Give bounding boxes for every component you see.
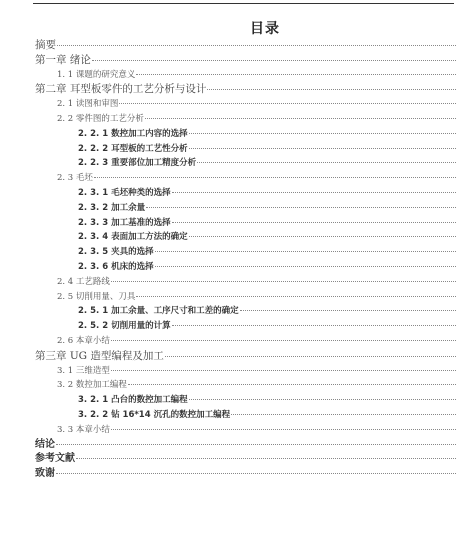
- dot-leader: [145, 117, 456, 119]
- toc-entry-label: 致谢: [35, 467, 55, 482]
- toc-entry-label: 2. 2. 1 数控加工内容的选择: [78, 127, 188, 142]
- dot-leader: [92, 59, 456, 61]
- toc-entry-label: 2. 5. 1 加工余量、工序尺寸和工差的确定: [78, 304, 239, 319]
- dot-leader: [155, 265, 456, 267]
- toc-entry-label: 第一章 绪论: [35, 53, 91, 68]
- toc-entry[interactable]: 2. 2. 3 重要部位加工精度分析: [0, 156, 456, 171]
- top-rule: [33, 3, 454, 4]
- dot-leader: [76, 457, 456, 459]
- dot-leader: [119, 102, 456, 104]
- toc-entry[interactable]: 2. 3. 2 加工余量: [0, 201, 456, 216]
- dot-leader: [240, 309, 456, 311]
- dot-leader: [94, 176, 456, 178]
- dot-leader: [56, 443, 456, 445]
- toc-entry-label: 3. 1 三维造型: [57, 364, 110, 379]
- toc-entry-label: 3. 3 本章小结: [57, 423, 110, 438]
- toc-entry-label: 2. 3. 3 加工基准的选择: [78, 216, 171, 231]
- dot-leader: [207, 88, 456, 90]
- toc-entry[interactable]: 3. 2. 1 凸台的数控加工编程: [0, 393, 456, 408]
- toc-entry-label: 2. 3 毛坯: [57, 171, 93, 186]
- toc-entry-label: 参考文献: [35, 452, 75, 467]
- table-of-contents: 摘要第一章 绪论1. 1 课题的研究意义第二章 耳型板零件的工艺分析与设计2. …: [0, 38, 456, 482]
- toc-entry-label: 2. 3. 4 表面加工方法的确定: [78, 230, 188, 245]
- toc-entry-label: 2. 5. 2 切削用量的计算: [78, 319, 171, 334]
- dot-leader: [146, 206, 456, 208]
- toc-entry-label: 2. 6 本章小结: [57, 334, 110, 349]
- dot-leader: [111, 369, 456, 371]
- dot-leader: [57, 44, 456, 46]
- toc-entry[interactable]: 2. 4 工艺路线: [0, 275, 456, 290]
- toc-entry[interactable]: 参考文献: [0, 452, 456, 467]
- toc-entry[interactable]: 2. 3. 4 表面加工方法的确定: [0, 230, 456, 245]
- toc-entry-label: 2. 3. 2 加工余量: [78, 201, 145, 216]
- toc-entry-label: 2. 3. 5 夹具的选择: [78, 245, 154, 260]
- dot-leader: [189, 398, 456, 400]
- toc-entry[interactable]: 致谢: [0, 467, 456, 482]
- toc-entry-label: 2. 1 读图和审图: [57, 97, 118, 112]
- toc-entry[interactable]: 2. 5. 1 加工余量、工序尺寸和工差的确定: [0, 304, 456, 319]
- toc-entry-label: 3. 2 数控加工编程: [57, 378, 127, 393]
- toc-title: 目录: [0, 18, 456, 38]
- dot-leader: [189, 147, 456, 149]
- toc-entry[interactable]: 2. 3. 5 夹具的选择: [0, 245, 456, 260]
- toc-entry[interactable]: 2. 5 切削用量、刀具: [0, 290, 456, 305]
- toc-entry[interactable]: 第一章 绪论: [0, 53, 456, 68]
- toc-entry-label: 2. 2. 3 重要部位加工精度分析: [78, 156, 196, 171]
- dot-leader: [111, 428, 456, 430]
- dot-leader: [128, 383, 456, 385]
- toc-entry-label: 2. 3. 6 机床的选择: [78, 260, 154, 275]
- toc-entry-label: 2. 3. 1 毛坯种类的选择: [78, 186, 171, 201]
- dot-leader: [155, 250, 456, 252]
- toc-entry[interactable]: 摘要: [0, 38, 456, 53]
- dot-leader: [111, 280, 456, 282]
- toc-entry-label: 1. 1 课题的研究意义: [57, 68, 135, 83]
- dot-leader: [165, 355, 456, 357]
- toc-entry-label: 2. 5 切削用量、刀具: [57, 290, 135, 305]
- toc-entry[interactable]: 第二章 耳型板零件的工艺分析与设计: [0, 82, 456, 97]
- dot-leader: [172, 221, 456, 223]
- toc-entry-label: 摘要: [35, 38, 56, 53]
- toc-entry[interactable]: 2. 2. 2 耳型板的工艺性分析: [0, 142, 456, 157]
- toc-entry[interactable]: 3. 2. 2 钻 16*14 沉孔的数控加工编程: [0, 408, 456, 423]
- dot-leader: [172, 191, 456, 193]
- toc-entry-label: 2. 2 零件图的工艺分析: [57, 112, 144, 127]
- toc-entry-label: 第三章 UG 造型编程及加工: [35, 349, 164, 364]
- dot-leader: [111, 339, 456, 341]
- dot-leader: [197, 161, 456, 163]
- dot-leader: [172, 324, 456, 326]
- toc-entry-label: 3. 2. 2 钻 16*14 沉孔的数控加工编程: [78, 408, 230, 423]
- toc-entry[interactable]: 2. 6 本章小结: [0, 334, 456, 349]
- toc-entry[interactable]: 3. 3 本章小结: [0, 423, 456, 438]
- toc-entry[interactable]: 第三章 UG 造型编程及加工: [0, 349, 456, 364]
- dot-leader: [231, 413, 456, 415]
- toc-entry[interactable]: 2. 3. 3 加工基准的选择: [0, 216, 456, 231]
- toc-entry[interactable]: 2. 5. 2 切削用量的计算: [0, 319, 456, 334]
- dot-leader: [189, 235, 456, 237]
- toc-entry-label: 第二章 耳型板零件的工艺分析与设计: [35, 82, 206, 97]
- toc-entry-label: 结论: [35, 438, 55, 453]
- toc-entry-label: 2. 4 工艺路线: [57, 275, 110, 290]
- dot-leader: [136, 295, 456, 297]
- dot-leader: [56, 472, 456, 474]
- toc-entry[interactable]: 3. 1 三维造型: [0, 364, 456, 379]
- toc-entry[interactable]: 2. 2. 1 数控加工内容的选择: [0, 127, 456, 142]
- toc-entry-label: 2. 2. 2 耳型板的工艺性分析: [78, 142, 188, 157]
- toc-entry[interactable]: 1. 1 课题的研究意义: [0, 68, 456, 83]
- toc-entry[interactable]: 3. 2 数控加工编程: [0, 378, 456, 393]
- toc-entry[interactable]: 2. 1 读图和审图: [0, 97, 456, 112]
- toc-entry[interactable]: 2. 3. 6 机床的选择: [0, 260, 456, 275]
- dot-leader: [136, 73, 456, 75]
- toc-entry-label: 3. 2. 1 凸台的数控加工编程: [78, 393, 188, 408]
- toc-entry[interactable]: 2. 3 毛坯: [0, 171, 456, 186]
- dot-leader: [189, 132, 456, 134]
- toc-entry[interactable]: 结论: [0, 438, 456, 453]
- toc-entry[interactable]: 2. 3. 1 毛坯种类的选择: [0, 186, 456, 201]
- toc-entry[interactable]: 2. 2 零件图的工艺分析: [0, 112, 456, 127]
